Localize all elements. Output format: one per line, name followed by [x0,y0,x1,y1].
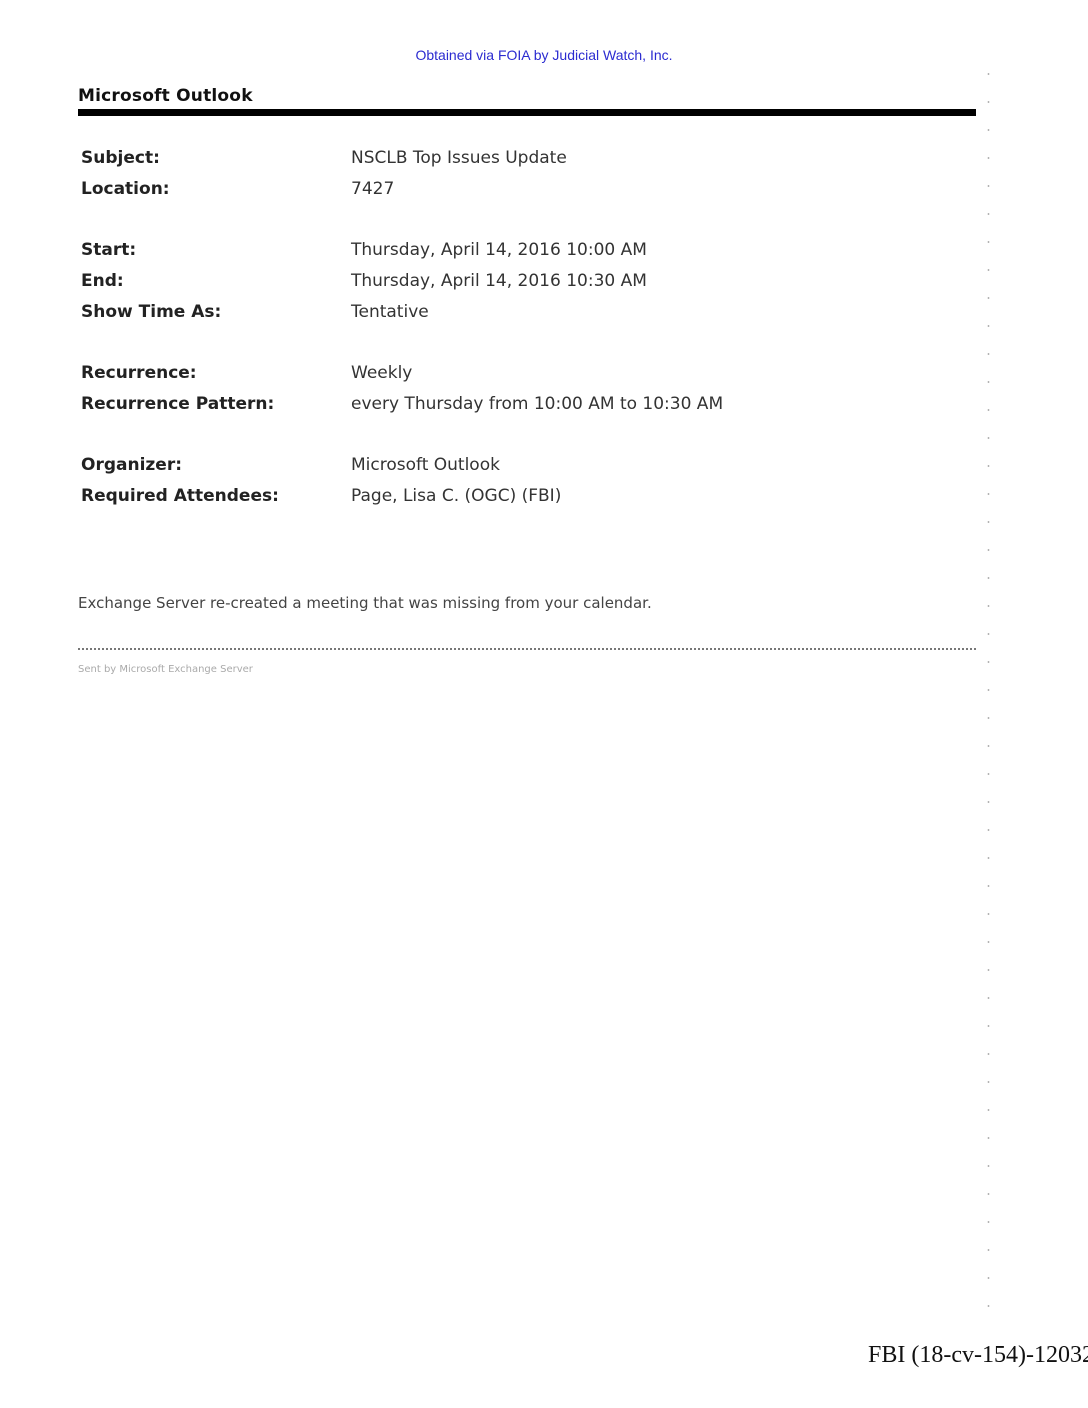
end-label: End: [81,271,124,291]
recurrence-label: Recurrence: [81,363,197,383]
location-value: 7427 [351,179,394,199]
required-attendees-value: Page, Lisa C. (OGC) (FBI) [351,486,561,506]
organizer-label: Organizer: [81,455,182,475]
required-attendees-row: Required Attendees: Page, Lisa C. (OGC) … [81,486,961,510]
foia-banner: Obtained via FOIA by Judicial Watch, Inc… [0,47,1088,63]
message-body: Exchange Server re-created a meeting tha… [78,594,652,612]
end-row: End: Thursday, April 14, 2016 10:30 AM [81,271,961,295]
show-time-as-row: Show Time As: Tentative [81,302,961,326]
recurrence-row: Recurrence: Weekly [81,363,961,387]
footer-divider [78,648,976,650]
recurrence-pattern-value: every Thursday from 10:00 AM to 10:30 AM [351,394,723,414]
location-label: Location: [81,179,170,199]
subject-value: NSCLB Top Issues Update [351,148,567,168]
subject-label: Subject: [81,148,160,168]
recurrence-pattern-label: Recurrence Pattern: [81,394,274,414]
location-row: Location: 7427 [81,179,961,203]
start-value: Thursday, April 14, 2016 10:00 AM [351,240,647,260]
recurrence-value: Weekly [351,363,412,383]
recurrence-pattern-row: Recurrence Pattern: every Thursday from … [81,394,961,418]
end-value: Thursday, April 14, 2016 10:30 AM [351,271,647,291]
organizer-value: Microsoft Outlook [351,455,500,475]
app-title: Microsoft Outlook [78,86,253,106]
bates-number: FBI (18-cv-154)-12032 [868,1342,1088,1369]
start-row: Start: Thursday, April 14, 2016 10:00 AM [81,240,961,264]
title-divider [78,109,976,116]
show-time-as-label: Show Time As: [81,302,221,322]
required-attendees-label: Required Attendees: [81,486,279,506]
footer-note: Sent by Microsoft Exchange Server [78,664,253,675]
organizer-row: Organizer: Microsoft Outlook [81,455,961,479]
show-time-as-value: Tentative [351,302,429,322]
start-label: Start: [81,240,136,260]
scan-artifact-marks [987,60,990,1320]
subject-row: Subject: NSCLB Top Issues Update [81,148,961,172]
